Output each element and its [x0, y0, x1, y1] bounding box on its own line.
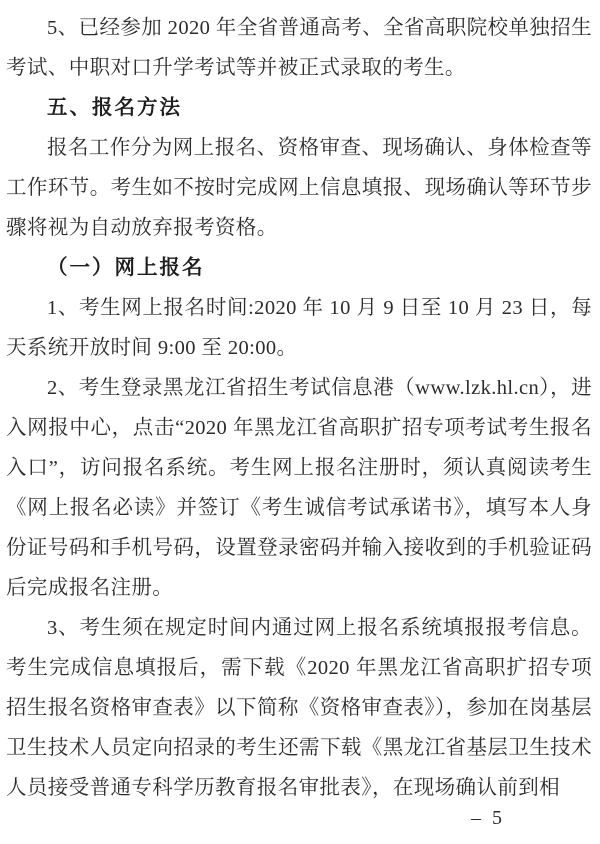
page-number: – 5	[471, 806, 505, 830]
document-page: 5、已经参加 2020 年全省普通高考、全省高职院校单独招生考试、中职对口升学考…	[0, 0, 600, 844]
paragraph-registration-time: 1、考生网上报名时间:2020 年 10 月 9 日至 10 月 23 日，每天…	[6, 288, 592, 368]
paragraph-information-filling: 3、考生须在规定时间内通过网上报名系统填报报考信息。考生完成信息填报后，需下载《…	[6, 608, 592, 808]
paragraph-registration-overview: 报名工作分为网上报名、资格审查、现场确认、身体检查等工作环节。考生如不按时完成网…	[6, 128, 592, 248]
paragraph-registration-portal: 2、考生登录黑龙江省招生考试信息港（www.lzk.hl.cn），进入网报中心，…	[6, 368, 592, 608]
paragraph-eligibility-item-5: 5、已经参加 2020 年全省普通高考、全省高职院校单独招生考试、中职对口升学考…	[6, 8, 592, 88]
subsection-heading-online-registration: （一）网上报名	[6, 248, 592, 288]
section-heading-registration-method: 五、报名方法	[6, 88, 592, 128]
document-body: 5、已经参加 2020 年全省普通高考、全省高职院校单独招生考试、中职对口升学考…	[6, 8, 592, 808]
